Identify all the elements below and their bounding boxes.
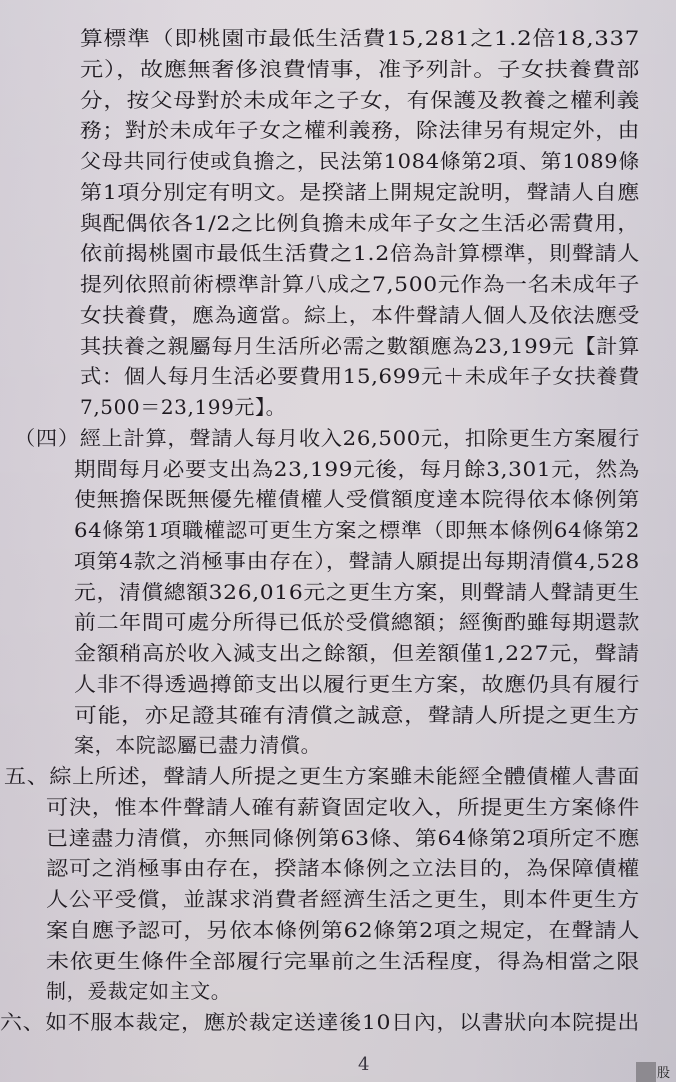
document-line: 期間每月必要支出為23,199元後，每月餘3,301元，然為 [74, 457, 640, 481]
document-line: 金額稍高於收入減支出之餘額，但差額僅1,227元，聲請 [74, 641, 640, 665]
document-line: 制，爰裁定如主文。 [46, 979, 231, 1003]
document-line: （四）經上計算，聲請人每月收入26,500元，扣除更生方案履行 [14, 426, 640, 450]
document-line: 認可之消極事由存在，揆諸本條例之立法目的，為保障債權 [46, 856, 640, 880]
document-line: 已達盡力清償，亦無同條例第63條、第64條第2項所定不應 [46, 826, 640, 850]
document-line: 六、如不服本裁定，應於裁定送達後10日內，以書狀向本院提出 [0, 1010, 640, 1034]
document-line: 其扶養之親屬每月生活所必需之數額應為23,199元【計算 [80, 334, 640, 358]
document-line: 元，清償總額326,016元之更生方案，則聲請人聲請更生 [74, 580, 640, 604]
document-line: 未依更生條件全部履行完畢前之生活程度，得為相當之限 [46, 949, 640, 973]
document-line: 務；對於未成年子女之權利義務，除法律另有規定外，由 [80, 118, 640, 142]
document-line: 案自應予認可，另依本條例第62條第2項之規定，在聲請人 [46, 918, 640, 942]
document-line: 元），故應無奢侈浪費情事，准予列計。子女扶養費部 [80, 57, 640, 81]
document-line: 算標準（即桃園市最低生活費15,281之1.2倍18,337 [80, 26, 640, 50]
document-line: 可能，亦足證其確有清償之誠意，聲請人所提之更生方 [74, 703, 640, 727]
document-line: 人非不得透過撙節支出以履行更生方案，故應仍具有履行 [74, 672, 640, 696]
scanned-document-page: 算標準（即桃園市最低生活費15,281之1.2倍18,337元），故應無奢侈浪費… [0, 0, 676, 1082]
document-line: 式：個人每月生活必要費用15,699元＋未成年子女扶養費 [80, 364, 640, 388]
document-line: 依前揭桃園市最低生活費之1.2倍為計算標準，則聲請人 [80, 241, 640, 265]
document-line: 第1項分別定有明文。是揆諸上開規定說明，聲請人自應 [80, 180, 640, 204]
page-number: 4 [358, 1054, 369, 1075]
document-line: 可決，惟本件聲請人確有薪資固定收入，所提更生方案條件 [46, 795, 640, 819]
document-line: 案，本院認屬已盡力清償。 [74, 733, 321, 757]
corner-tab-mark [636, 1062, 656, 1082]
corner-label: 股 [657, 1062, 670, 1081]
document-line: 7,500＝23,199元】。 [80, 395, 286, 419]
document-line: 與配偶依各1/2之比例負擔未成年子女之生活必需費用， [80, 211, 640, 235]
document-line: 提列依照前術標準計算八成之7,500元作為一名未成年子 [80, 272, 640, 296]
document-line: 分，按父母對於未成年之子女，有保護及教養之權利義 [80, 88, 640, 112]
document-line: 五、綜上所述，聲請人所提之更生方案雖未能經全體債權人書面 [4, 764, 640, 788]
document-line: 父母共同行使或負擔之，民法第1084條第2項、第1089條 [80, 149, 640, 173]
document-line: 使無擔保既無優先權債權人受償額度達本院得依本條例第 [74, 487, 640, 511]
document-line: 前二年間可處分所得已低於受償總額；經衡酌雖每期還款 [74, 610, 640, 634]
document-line: 女扶養費，應為適當。綜上，本件聲請人個人及依法應受 [80, 303, 640, 327]
document-line: 人公平受償，並謀求消費者經濟生活之更生，則本件更生方 [46, 887, 640, 911]
document-line: 項第4款之消極事由存在），聲請人願提出每期清償4,528 [74, 549, 640, 573]
document-line: 64條第1項職權認可更生方案之標準（即無本條例64條第2 [74, 518, 640, 542]
